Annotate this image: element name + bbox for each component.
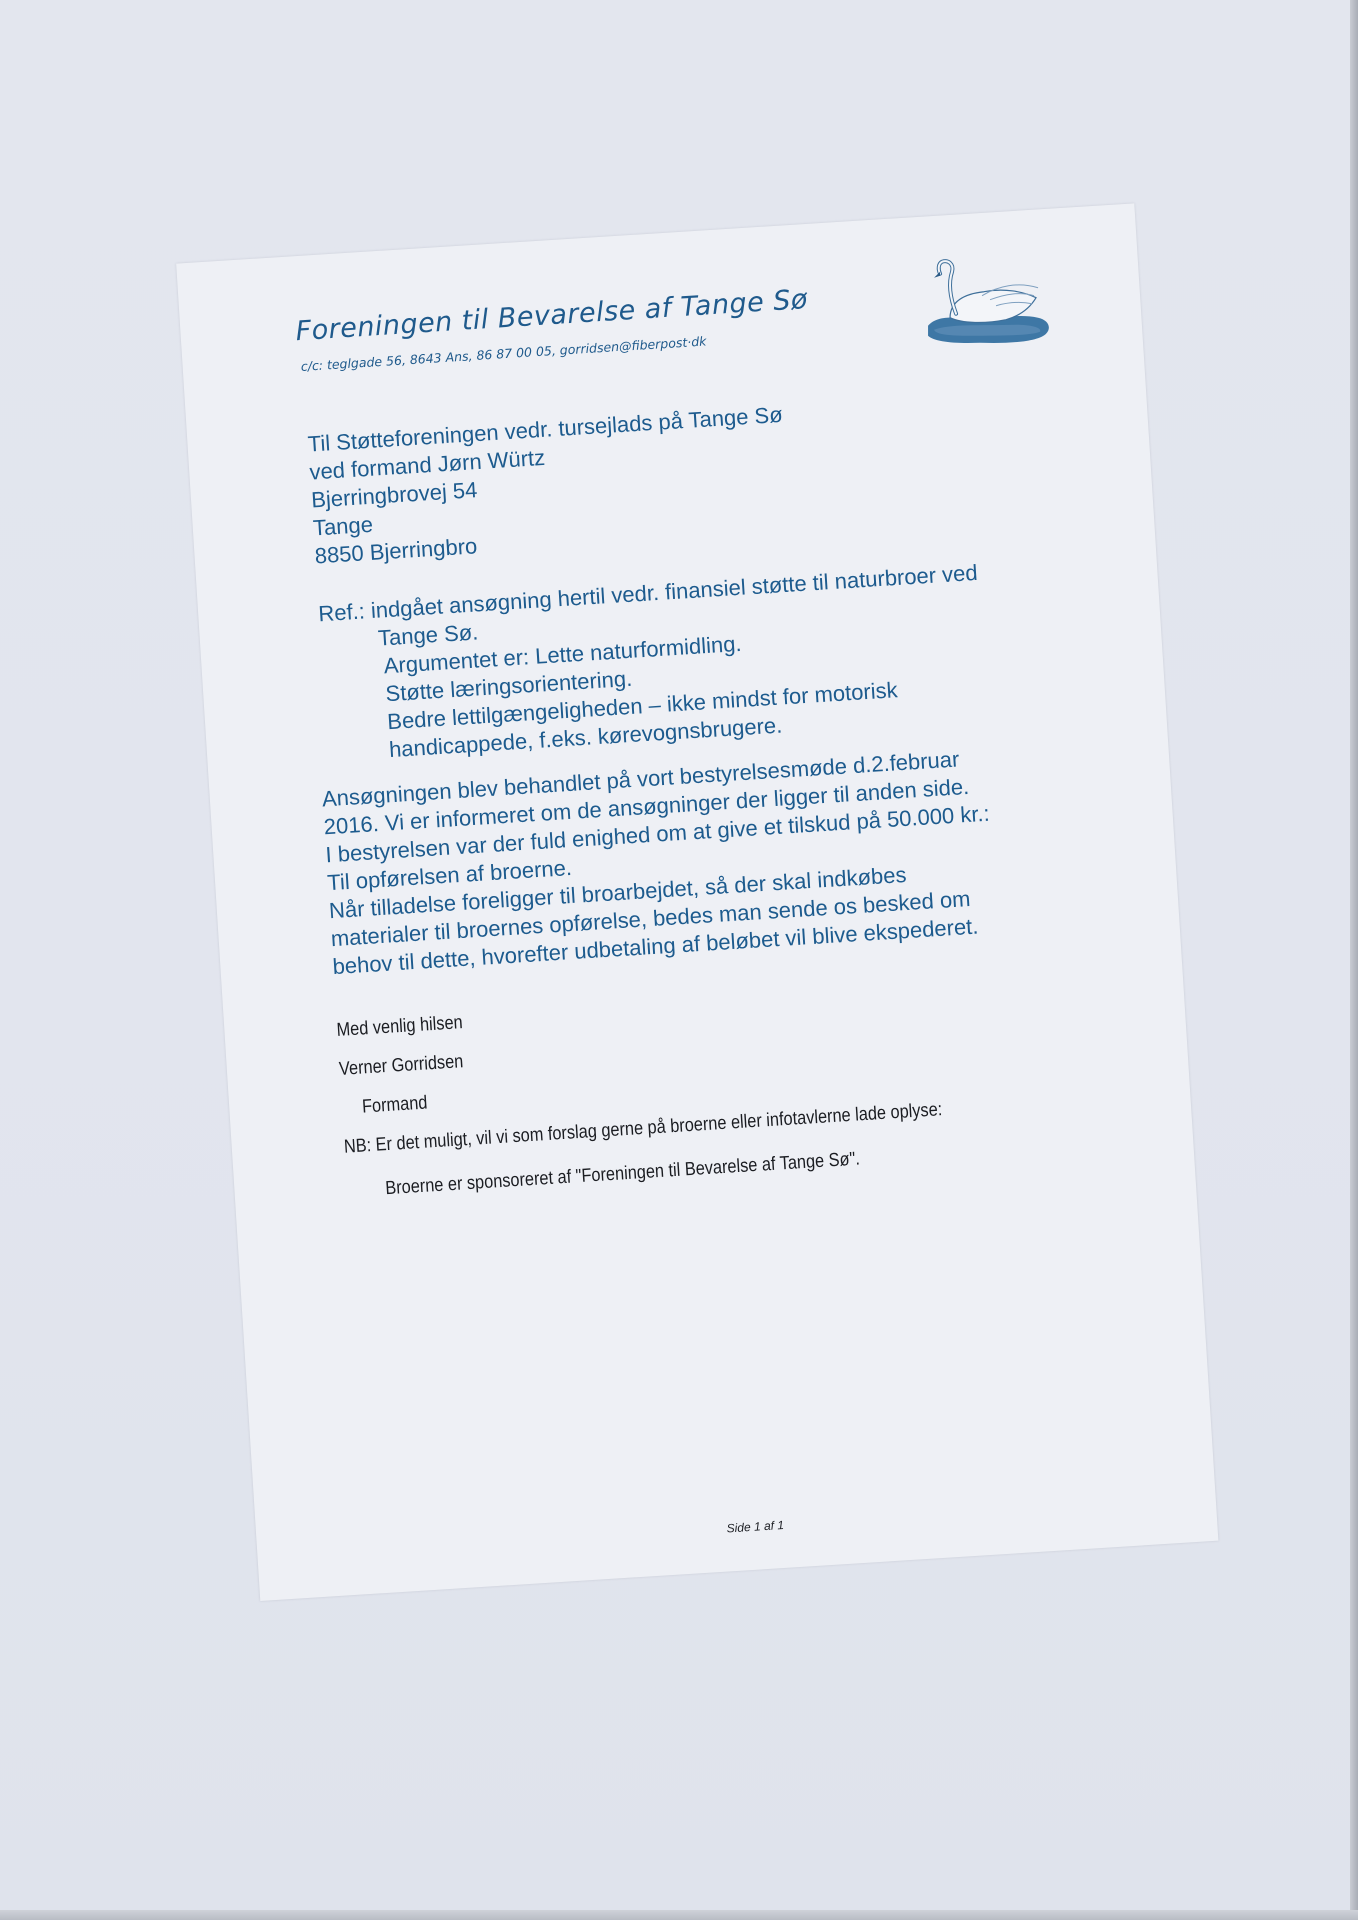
letterhead-org-name: Foreningen til Bevarelse af Tange Sø [295,284,809,347]
reference-block: Ref.: indgået ansøgning hertil vedr. fin… [318,559,988,768]
swan-icon [920,248,1055,353]
page-number: Side 1 af 1 [726,1518,784,1536]
plastic-sleeve-edge [1350,0,1358,1920]
letter-page: Foreningen til Bevarelse af Tange Sø c/c… [176,203,1218,1601]
letter-body: Ansøgningen blev behandlet på vort besty… [321,744,997,981]
recipient-address-block: Til Støtteforeningen vedr. tursejlads på… [307,401,791,571]
plastic-sleeve-bottom [0,1910,1358,1920]
closing-block: Med venlig hilsen Verner Gorridsen Forma… [336,982,947,1219]
